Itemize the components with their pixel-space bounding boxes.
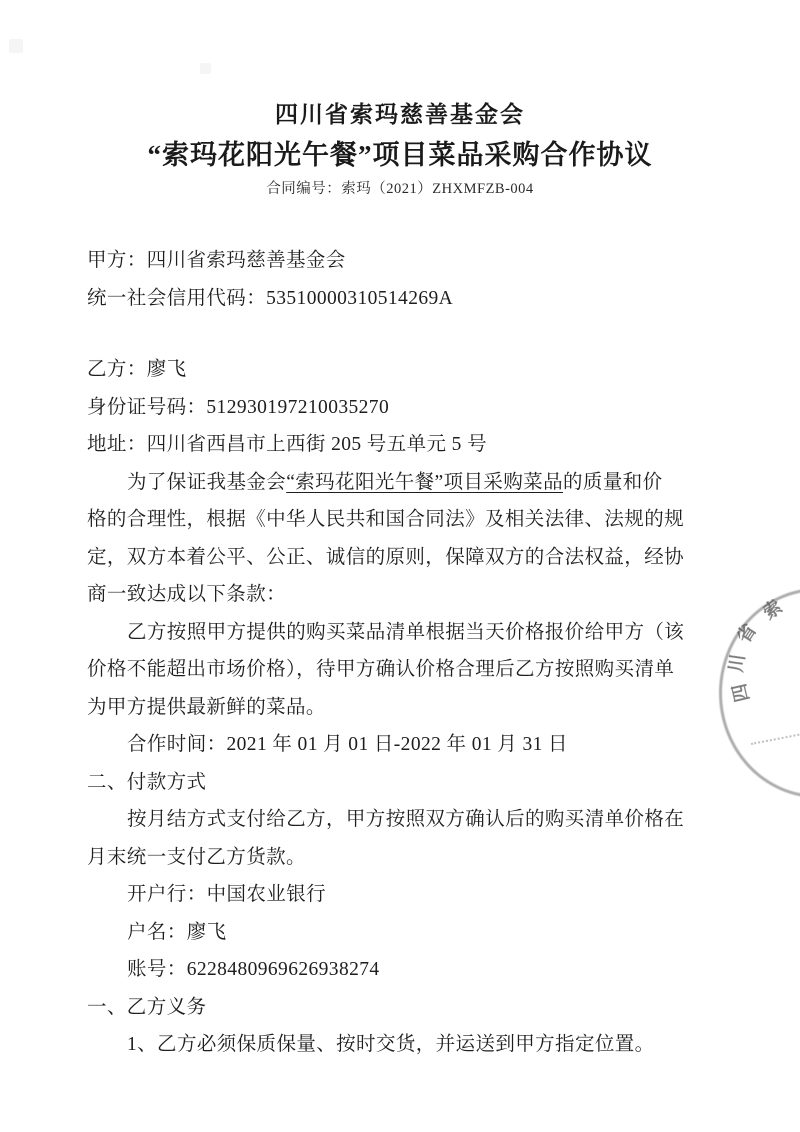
text-segment: 账号：6228480969626938274 (127, 959, 380, 980)
text-line: 统一社会信用代码：53510000310514269A (87, 280, 720, 318)
text-line: 1、乙方必须保质保量、按时交货，并运送到甲方指定位置。 (87, 1026, 720, 1064)
text-line: 甲方：四川省索玛慈善基金会 (87, 242, 720, 280)
text-line: 身份证号码：512930197210035270 (87, 389, 720, 427)
scan-speck (9, 39, 23, 53)
document-body: 甲方：四川省索玛慈善基金会统一社会信用代码：53510000310514269A… (0, 242, 800, 1064)
text-segment: 甲方：四川省索玛慈善基金会 (87, 250, 346, 271)
document-title-org: 四川省索玛慈善基金会 (0, 98, 800, 132)
text-segment: 按月结方式支付给乙方，甲方按照双方确认后的购买清单价格在 (127, 809, 684, 830)
text-segment: 二、付款方式 (87, 772, 206, 793)
text-line: 户名：廖飞 (87, 914, 720, 952)
text-line: 按月结方式支付给乙方，甲方按照双方确认后的购买清单价格在 (87, 801, 720, 839)
text-segment: 身份证号码：512930197210035270 (87, 397, 389, 418)
text-segment: 地址：四川省西昌市上西街 205 号五单元 5 号 (87, 434, 487, 455)
text-segment: 统一社会信用代码：53510000310514269A (87, 288, 453, 309)
text-segment: 的质量和价 (563, 472, 663, 493)
text-segment: 1、乙方必须保质保量、按时交货，并运送到甲方指定位置。 (127, 1034, 655, 1055)
text-segment: 为了保证我基金会 (127, 472, 286, 493)
text-line: 价格不能超出市场价格），待甲方确认价格合理后乙方按照购买清单 (87, 651, 720, 689)
text-segment: 一、乙方义务 (87, 997, 206, 1018)
text-segment: 格的合理性，根据《中华人民共和国合同法》及相关法律、法规的规 (87, 509, 684, 530)
text-segment: 开户行：中国农业银行 (127, 884, 326, 905)
text-segment: 价格不能超出市场价格），待甲方确认价格合理后乙方按照购买清单 (87, 659, 674, 680)
text-line: 合作时间：2021 年 01 月 01 日-2022 年 01 月 31 日 (87, 726, 720, 764)
text-line: 地址：四川省西昌市上西街 205 号五单元 5 号 (87, 426, 720, 464)
text-segment: 商一致达成以下条款： (87, 584, 286, 605)
text-segment: 户名：廖飞 (127, 922, 227, 943)
text-line: 为甲方提供最新鲜的菜品。 (87, 689, 720, 727)
text-line: 开户行：中国农业银行 (87, 876, 720, 914)
text-segment: 合作时间：2021 年 01 月 01 日-2022 年 01 月 31 日 (127, 734, 568, 755)
text-line: 定，双方本着公平、公正、诚信的原则，保障双方的合法权益，经协 (87, 539, 720, 577)
underlined-text: “索玛花阳光午餐”项目采购菜品 (286, 472, 563, 493)
document-page: 四川省索玛慈善基金会 “索玛花阳光午餐”项目菜品采购合作协议 合同编号：索玛（2… (0, 0, 800, 1132)
contract-number: 合同编号：索玛（2021）ZHXMFZB-004 (0, 178, 800, 200)
text-line: 月末统一支付乙方货款。 (87, 839, 720, 877)
text-line: 乙方按照甲方提供的购买菜品清单根据当天价格报价给甲方（该 (87, 614, 720, 652)
text-line: 二、付款方式 (87, 764, 720, 802)
text-segment: 月末统一支付乙方货款。 (87, 847, 306, 868)
text-segment: 为甲方提供最新鲜的菜品。 (87, 697, 326, 718)
text-line: 账号：6228480969626938274 (87, 951, 720, 989)
text-line: 商一致达成以下条款： (87, 576, 720, 614)
text-segment: 定，双方本着公平、公正、诚信的原则，保障双方的合法权益，经协 (87, 547, 684, 568)
title-block: 四川省索玛慈善基金会 “索玛花阳光午餐”项目菜品采购合作协议 合同编号：索玛（2… (0, 0, 800, 200)
scan-speck (200, 63, 211, 74)
text-line: 乙方：廖飞 (87, 351, 720, 389)
document-title-main: “索玛花阳光午餐”项目菜品采购合作协议 (0, 132, 800, 178)
text-segment: 乙方：廖飞 (87, 359, 187, 380)
text-line: 为了保证我基金会“索玛花阳光午餐”项目采购菜品的质量和价 (87, 464, 720, 502)
text-line: 一、乙方义务 (87, 989, 720, 1027)
text-line: 格的合理性，根据《中华人民共和国合同法》及相关法律、法规的规 (87, 501, 720, 539)
text-segment: 乙方按照甲方提供的购买菜品清单根据当天价格报价给甲方（该 (127, 622, 684, 643)
